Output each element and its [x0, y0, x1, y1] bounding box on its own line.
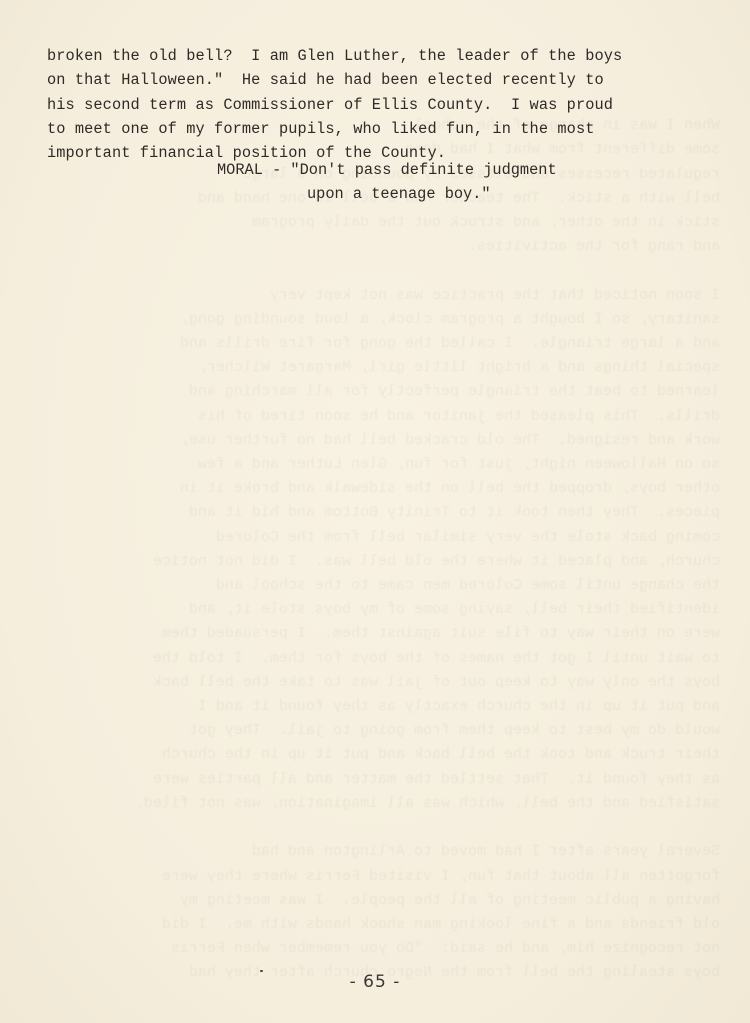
- text-line: his second term as Commissioner of Ellis…: [47, 93, 707, 117]
- moral-line-1: MORAL - "Don't pass definite judgment: [217, 158, 557, 182]
- bleed-through-text: When I was in charge of the school some …: [60, 90, 720, 1010]
- document-page: When I was in charge of the school some …: [0, 0, 750, 1023]
- text-line: broken the old bell? I am Glen Luther, t…: [47, 44, 707, 68]
- text-line: to meet one of my former pupils, who lik…: [47, 117, 707, 141]
- moral-statement: MORAL - "Don't pass definite judgment up…: [217, 158, 557, 207]
- moral-line-2: upon a teenage boy.": [217, 182, 557, 206]
- text-line: on that Halloween." He said he had been …: [47, 68, 707, 92]
- page-number: - 65 -: [0, 972, 750, 992]
- body-paragraph: broken the old bell? I am Glen Luther, t…: [47, 44, 707, 165]
